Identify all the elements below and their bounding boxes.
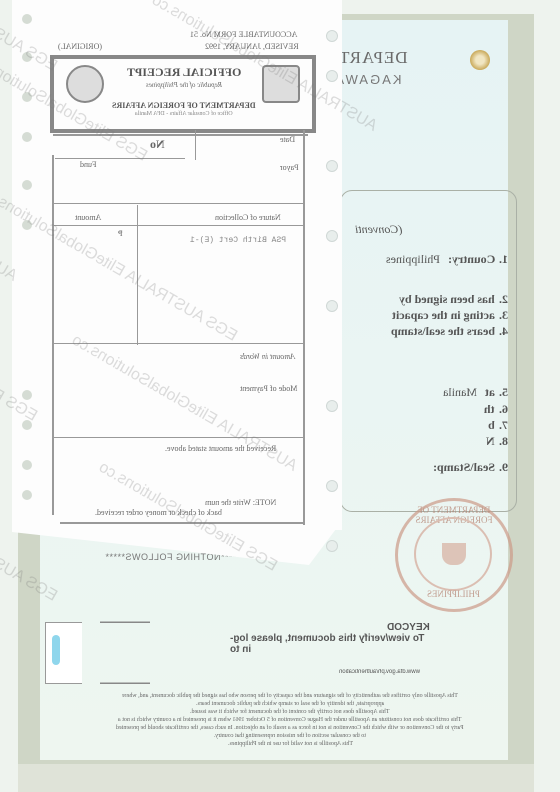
verification-url[interactable]: www.dfa.gov.ph/authentication [230,669,530,675]
punch-hole [22,14,32,24]
seal-text-bottom: PHILIPPINES [398,589,510,599]
apostille-disclaimer: This Apostille only certifies the authen… [62,692,518,748]
punch-hole [326,480,338,492]
receipt-no-label: No [150,137,165,152]
collection-item: PSA Birth Cert (E)-1 [190,236,286,245]
qr-caption-bottom: ▬▬▬▬▬▬▬▬▬▬ [100,681,150,686]
note-label: NOTE: Write the num [205,498,276,507]
apostille-field-9: Seal\Stamp:9. [425,460,508,475]
punch-hole [326,30,338,42]
form-number: ACCOUNTABLE FORM No. 51 [190,30,297,39]
punch-hole [22,92,32,102]
punch-hole [326,70,338,82]
punch-hole [22,180,32,190]
convention-label: (Conventi [355,222,402,237]
rivet-icon [470,50,490,70]
column-header-amount: Amount [75,213,101,222]
receipt-department: DEPARTMENT OF FOREIGN AFFAIRS [94,101,274,110]
dfa-logo-icon [66,65,104,103]
amount-currency: ₱ [118,229,122,238]
fund-label: Fund [80,160,96,169]
punch-hole [326,230,338,242]
certificate-bottom-band [18,764,534,792]
apostille-field-4: bears the seal\stamp4. [383,324,508,339]
coat-of-arms-icon [262,65,300,103]
apostille-field-7: b7. [480,418,508,433]
disclaimer-line: This Apostille does not certify the cont… [62,708,518,716]
apostille-field-6: th6. [476,402,508,417]
payor-label: Payor [280,163,299,172]
qr-caption-top: ▬▬▬▬▬▬▬▬▬▬ [100,620,150,625]
punch-hole [326,400,338,412]
receipt-header: OFFICIAL RECEIPT Republic of the Philipp… [50,55,316,133]
date-label: Date [280,135,295,144]
punch-hole [22,52,32,62]
punch-hole [22,220,32,230]
note-text: back of check or money order received. [95,508,222,517]
copy-label: (ORIGINAL) [58,42,102,51]
receipt-subtitle: Republic of the Philippines [114,81,254,89]
apostille-field-8: N8. [478,434,508,449]
revised-date: REVISED, JANUARY, 1992 [205,42,299,51]
column-header-nature: Nature of Collection [215,213,281,222]
apostille-field-3: acting in the capacit3. [384,308,508,323]
disclaimer-line: This certificate does not constitute an … [62,716,518,724]
disclaimer-line: This Apostille only certifies the authen… [62,692,518,700]
disclaimer-line: Party to the Convention or with which th… [62,724,518,732]
seal-shield-icon [442,543,466,565]
keycode-section: KEYCOD To view/verify this document, ple… [230,622,530,675]
punch-hole [22,420,32,430]
apostille-field-1: PhilippinesCountry:1. [386,252,508,267]
dfa-seal: DEPARTMENT OF FOREIGN AFFAIRS PHILIPPINE… [395,498,513,612]
disclaimer-line: to the consular section of the mission r… [62,732,518,740]
punch-hole [22,132,32,142]
receipt-office: Office of Consular Affairs - DFA Manila [94,111,274,117]
punch-hole [326,540,338,552]
punch-hole [22,390,32,400]
keycode-instruction: To view/verify this document, please log… [230,633,530,655]
apostille-field-2: has been signed by2. [391,292,508,307]
seal-emblem [414,517,492,591]
keycode-label: KEYCOD [230,622,530,633]
received-statement: Received the amount stated above. [165,444,276,453]
amount-in-words-label: Amount in Words [240,352,295,361]
receipt-title: OFFICIAL RECEIPT [114,65,254,80]
punch-hole [326,300,338,312]
punch-hole [326,160,338,172]
punch-hole [22,490,32,500]
disclaimer-line: This Apostille is not valid for use in t… [62,740,518,748]
mode-of-payment-label: Mode of Payment [240,384,297,393]
punch-hole [22,460,32,470]
disclaimer-line: appropriate, the identity of the seal or… [62,700,518,708]
apostille-field-5: Manilaat5. [443,385,508,400]
receipt-torn-edge [12,345,342,565]
qr-code [45,622,82,684]
